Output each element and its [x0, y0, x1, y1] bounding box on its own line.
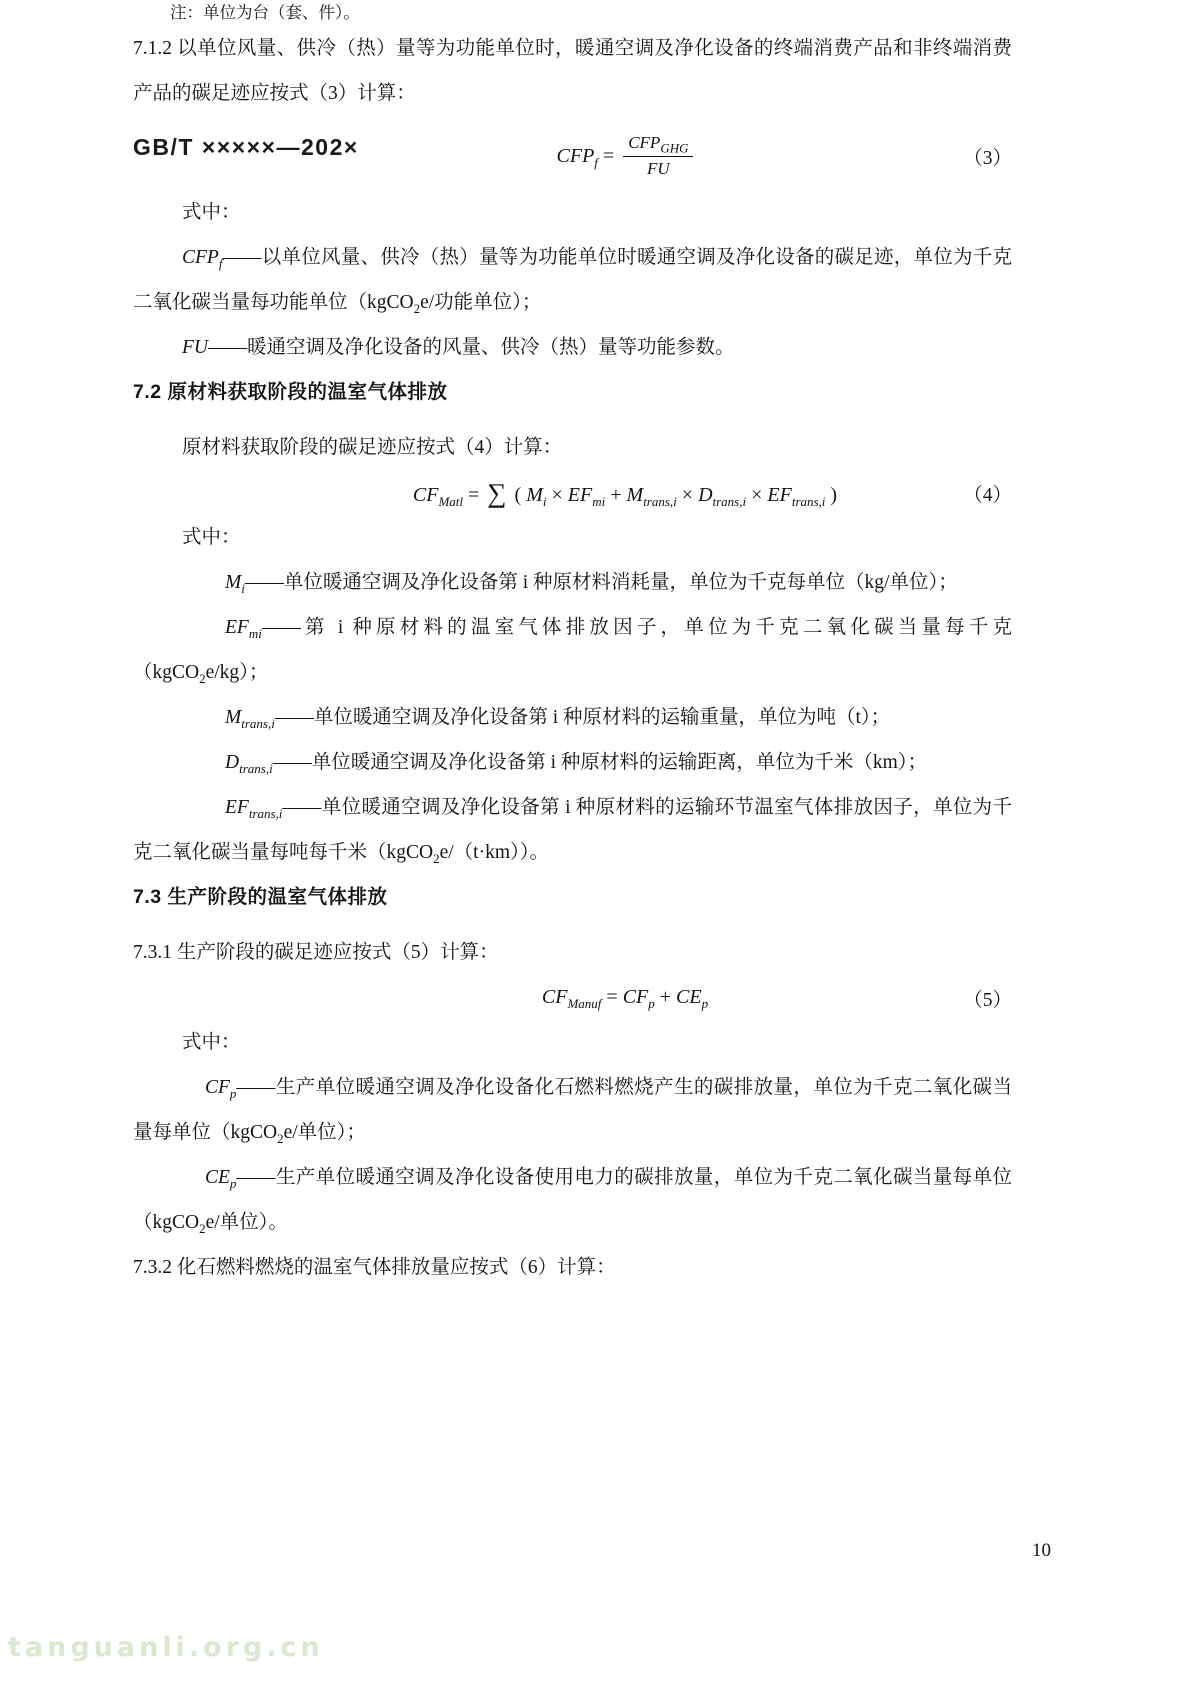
- equation-number-5: （5）: [963, 984, 1012, 1012]
- section-7-3-heading: 7.3 生产阶段的温室气体排放: [133, 875, 1012, 920]
- formula-4: CFMatl = ∑ ( Mi × EFmi + Mtrans,i × Dtra…: [133, 477, 1012, 508]
- clause-7-3-2: 7.3.2 化石燃料燃烧的温室气体排放量应按式（6）计算：: [133, 1245, 1012, 1290]
- definition-eftrans: EFtrans,i——单位暖通空调及净化设备第 i 种原材料的运输环节温室气体排…: [133, 785, 1012, 875]
- text-subscript: 2: [414, 301, 421, 316]
- text-subscript: 2: [433, 851, 440, 866]
- formula-3-row: CFPf = CFPGHG FU （3）: [133, 122, 1012, 190]
- definition-cep: CEp——生产单位暖通空调及净化设备使用电力的碳排放量，单位为千克二氧化碳当量每…: [133, 1155, 1012, 1245]
- definition-efmi: EFmi——第 i 种原材料的温室气体排放因子，单位为千克二氧化碳当量每千克（k…: [133, 605, 1012, 695]
- math-variable: CE: [205, 1167, 230, 1188]
- page-number: 10: [1032, 1540, 1051, 1562]
- section-7-2-heading: 7.2 原材料获取阶段的温室气体排放: [133, 370, 1012, 415]
- math-variable: CF: [542, 986, 568, 1008]
- definition-fu: FU——暖通空调及净化设备的风量、供冷（热）量等功能参数。: [133, 325, 1012, 370]
- math-variable: FU: [182, 337, 208, 358]
- formula-5: CFManuf = CFp + CEp: [133, 986, 1012, 1009]
- text-subscript: 2: [277, 1131, 284, 1146]
- math-subscript: p: [230, 1176, 237, 1191]
- formula-3-fraction: CFPGHG FU: [623, 132, 693, 181]
- formula-5-row: CFManuf = CFp + CEp （5）: [133, 975, 1012, 1020]
- math-variable: EF: [225, 797, 249, 818]
- formula-5-expression: CFManuf = CFp + CEp: [542, 986, 708, 1009]
- math-variable: D: [698, 484, 712, 506]
- formula-3: CFPf = CFPGHG FU: [133, 132, 1012, 181]
- math-variable: CF: [205, 1077, 230, 1098]
- math-variable: CF: [413, 484, 439, 506]
- math-variable: M: [225, 707, 241, 728]
- formula-3-numerator: CFPGHG: [623, 132, 693, 157]
- formula-3-denominator: FU: [623, 157, 693, 181]
- math-subscript: p: [702, 996, 709, 1011]
- definition-cfp: CFp——生产单位暖通空调及净化设备化石燃料燃烧产生的碳排放量，单位为千克二氧化…: [133, 1065, 1012, 1155]
- math-subscript: mi: [249, 626, 262, 641]
- math-variable: M: [225, 572, 241, 593]
- math-variable: M: [526, 484, 543, 506]
- math-variable: CFP: [628, 133, 660, 152]
- formula-3-lhs: CFPf =: [557, 145, 615, 168]
- math-variable: M: [627, 484, 644, 506]
- math-variable: EF: [568, 484, 592, 506]
- where-label-3: 式中：: [133, 1020, 1012, 1065]
- document-body: 注：单位为台（套、件）。 7.1.2 以单位风量、供冷（热）量等为功能单位时，暖…: [133, 0, 1012, 1290]
- math-subscript: trans,i: [249, 806, 283, 821]
- clause-7-3-1: 7.3.1 生产阶段的碳足迹应按式（5）计算：: [133, 930, 1012, 975]
- math-subscript: p: [230, 1086, 237, 1101]
- clause-7-2-intro: 原材料获取阶段的碳足迹应按式（4）计算：: [133, 425, 1012, 470]
- math-subscript: GHG: [660, 140, 688, 155]
- where-label-2: 式中：: [133, 515, 1012, 560]
- math-variable: EF: [225, 617, 249, 638]
- equation-number-4: （4）: [963, 479, 1012, 507]
- math-subscript: i: [543, 494, 547, 509]
- math-subscript: f: [219, 256, 223, 271]
- math-variable: D: [225, 752, 239, 773]
- math-subscript: trans,i: [241, 716, 275, 731]
- math-subscript: trans,i: [643, 494, 677, 509]
- math-variable: CFP: [557, 145, 595, 167]
- definition-dtrans: Dtrans,i——单位暖通空调及净化设备第 i 种原材料的运输距离，单位为千米…: [133, 740, 1012, 785]
- formula-4-row: CFMatl = ∑ ( Mi × EFmi + Mtrans,i × Dtra…: [133, 470, 1012, 515]
- text-subscript: 2: [199, 671, 206, 686]
- math-variable: FU: [647, 159, 670, 178]
- math-variable: CF: [623, 986, 649, 1008]
- table-note: 注：单位为台（套、件）。: [133, 0, 1012, 26]
- math-variable: CFP: [182, 247, 219, 268]
- math-variable: EF: [767, 484, 791, 506]
- sum-operator: ∑: [484, 478, 509, 508]
- math-subscript: i: [241, 581, 245, 596]
- math-subscript: Matl: [438, 494, 463, 509]
- math-variable: CE: [676, 986, 702, 1008]
- equation-number-3: （3）: [963, 142, 1012, 170]
- math-subscript: trans,i: [792, 494, 826, 509]
- math-subscript: p: [648, 996, 655, 1011]
- definition-cfpf: CFPf——以单位风量、供冷（热）量等为功能单位时暖通空调及净化设备的碳足迹，单…: [133, 235, 1012, 325]
- definition-mtrans: Mtrans,i——单位暖通空调及净化设备第 i 种原材料的运输重量，单位为吨（…: [133, 695, 1012, 740]
- math-subscript: trans,i: [713, 494, 747, 509]
- watermark: tanguanli.org.cn: [8, 1632, 324, 1663]
- where-label-1: 式中：: [133, 190, 1012, 235]
- math-subscript: mi: [592, 494, 605, 509]
- definition-mi: Mi——单位暖通空调及净化设备第 i 种原材料消耗量，单位为千克每单位（kg/单…: [133, 560, 1012, 605]
- formula-4-expression: CFMatl = ∑ ( Mi × EFmi + Mtrans,i × Dtra…: [413, 477, 837, 508]
- text-subscript: 2: [199, 1221, 206, 1236]
- clause-7-1-2: 7.1.2 以单位风量、供冷（热）量等为功能单位时，暖通空调及净化设备的终端消费…: [133, 26, 1012, 116]
- math-subscript: Manuf: [567, 996, 601, 1011]
- math-subscript: f: [594, 155, 598, 170]
- math-subscript: trans,i: [239, 761, 273, 776]
